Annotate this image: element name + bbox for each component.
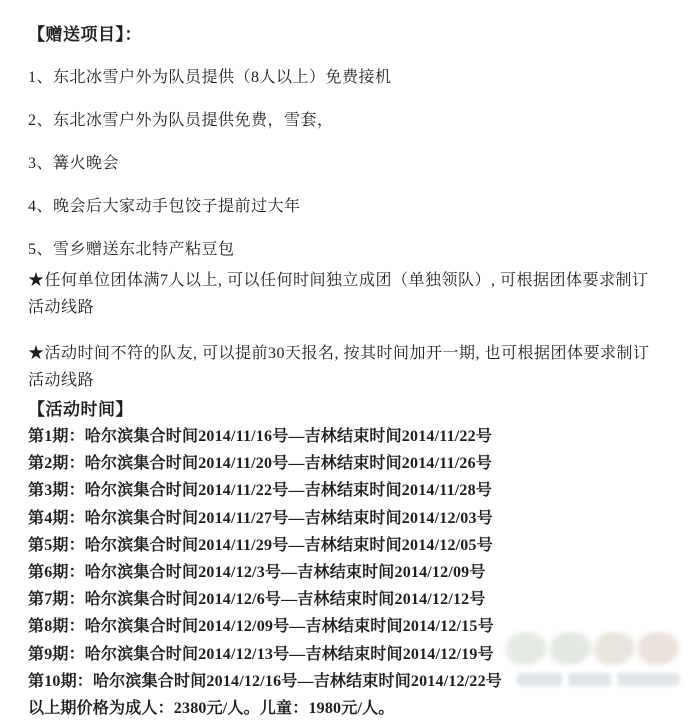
schedule-row-10: 第10期：哈尔滨集合时间2014/12/16号—吉林结束时间2014/12/22…: [28, 668, 662, 695]
gifts-heading: 【赠送项目】：: [28, 24, 662, 46]
schedule-row-2: 第2期：哈尔滨集合时间2014/11/20号—吉林结束时间2014/11/26号: [28, 450, 662, 477]
gift-item-2: 2、东北冰雪户外为队员提供免费，雪套，: [28, 110, 662, 132]
itinerary-document: 【赠送项目】： 1、东北冰雪户外为队员提供（8人以上）免费接机 2、东北冰雪户外…: [0, 0, 690, 724]
schedule-row-5: 第5期：哈尔滨集合时间2014/11/29号—吉林结束时间2014/12/05号: [28, 532, 662, 559]
date-mismatch-note: ★活动时间不符的队友, 可以提前30天报名, 按其时间加开一期, 也可根据团体要…: [28, 340, 650, 394]
gift-item-5: 5、雪乡赠送东北特产粘豆包: [28, 239, 662, 261]
schedule-row-1: 第1期：哈尔滨集合时间2014/11/16号—吉林结束时间2014/11/22号: [28, 423, 662, 450]
schedule-row-9: 第9期：哈尔滨集合时间2014/12/13号—吉林结束时间2014/12/19号: [28, 641, 662, 668]
group-note: ★任何单位团体满7人以上, 可以任何时间独立成团（单独领队）, 可根据团体要求制…: [28, 267, 650, 321]
price-note: 以上期价格为成人：2380元/人。儿童：1980元/人。: [28, 695, 662, 722]
schedule-row-6: 第6期：哈尔滨集合时间2014/12/3号—吉林结束时间2014/12/09号: [28, 559, 662, 586]
schedule-row-4: 第4期：哈尔滨集合时间2014/11/27号—吉林结束时间2014/12/03号: [28, 505, 662, 532]
schedule-row-8: 第8期：哈尔滨集合时间2014/12/09号—吉林结束时间2014/12/15号: [28, 613, 662, 640]
gift-item-4: 4、晚会后大家动手包饺子提前过大年: [28, 196, 662, 218]
schedule-heading: 【活动时间】: [28, 396, 662, 423]
gift-item-1: 1、东北冰雪户外为队员提供（8人以上）免费接机: [28, 67, 662, 89]
schedule-row-7: 第7期：哈尔滨集合时间2014/12/6号—吉林结束时间2014/12/12号: [28, 586, 662, 613]
schedule-row-3: 第3期：哈尔滨集合时间2014/11/22号—吉林结束时间2014/11/28号: [28, 477, 662, 504]
gift-item-3: 3、篝火晚会: [28, 153, 662, 175]
